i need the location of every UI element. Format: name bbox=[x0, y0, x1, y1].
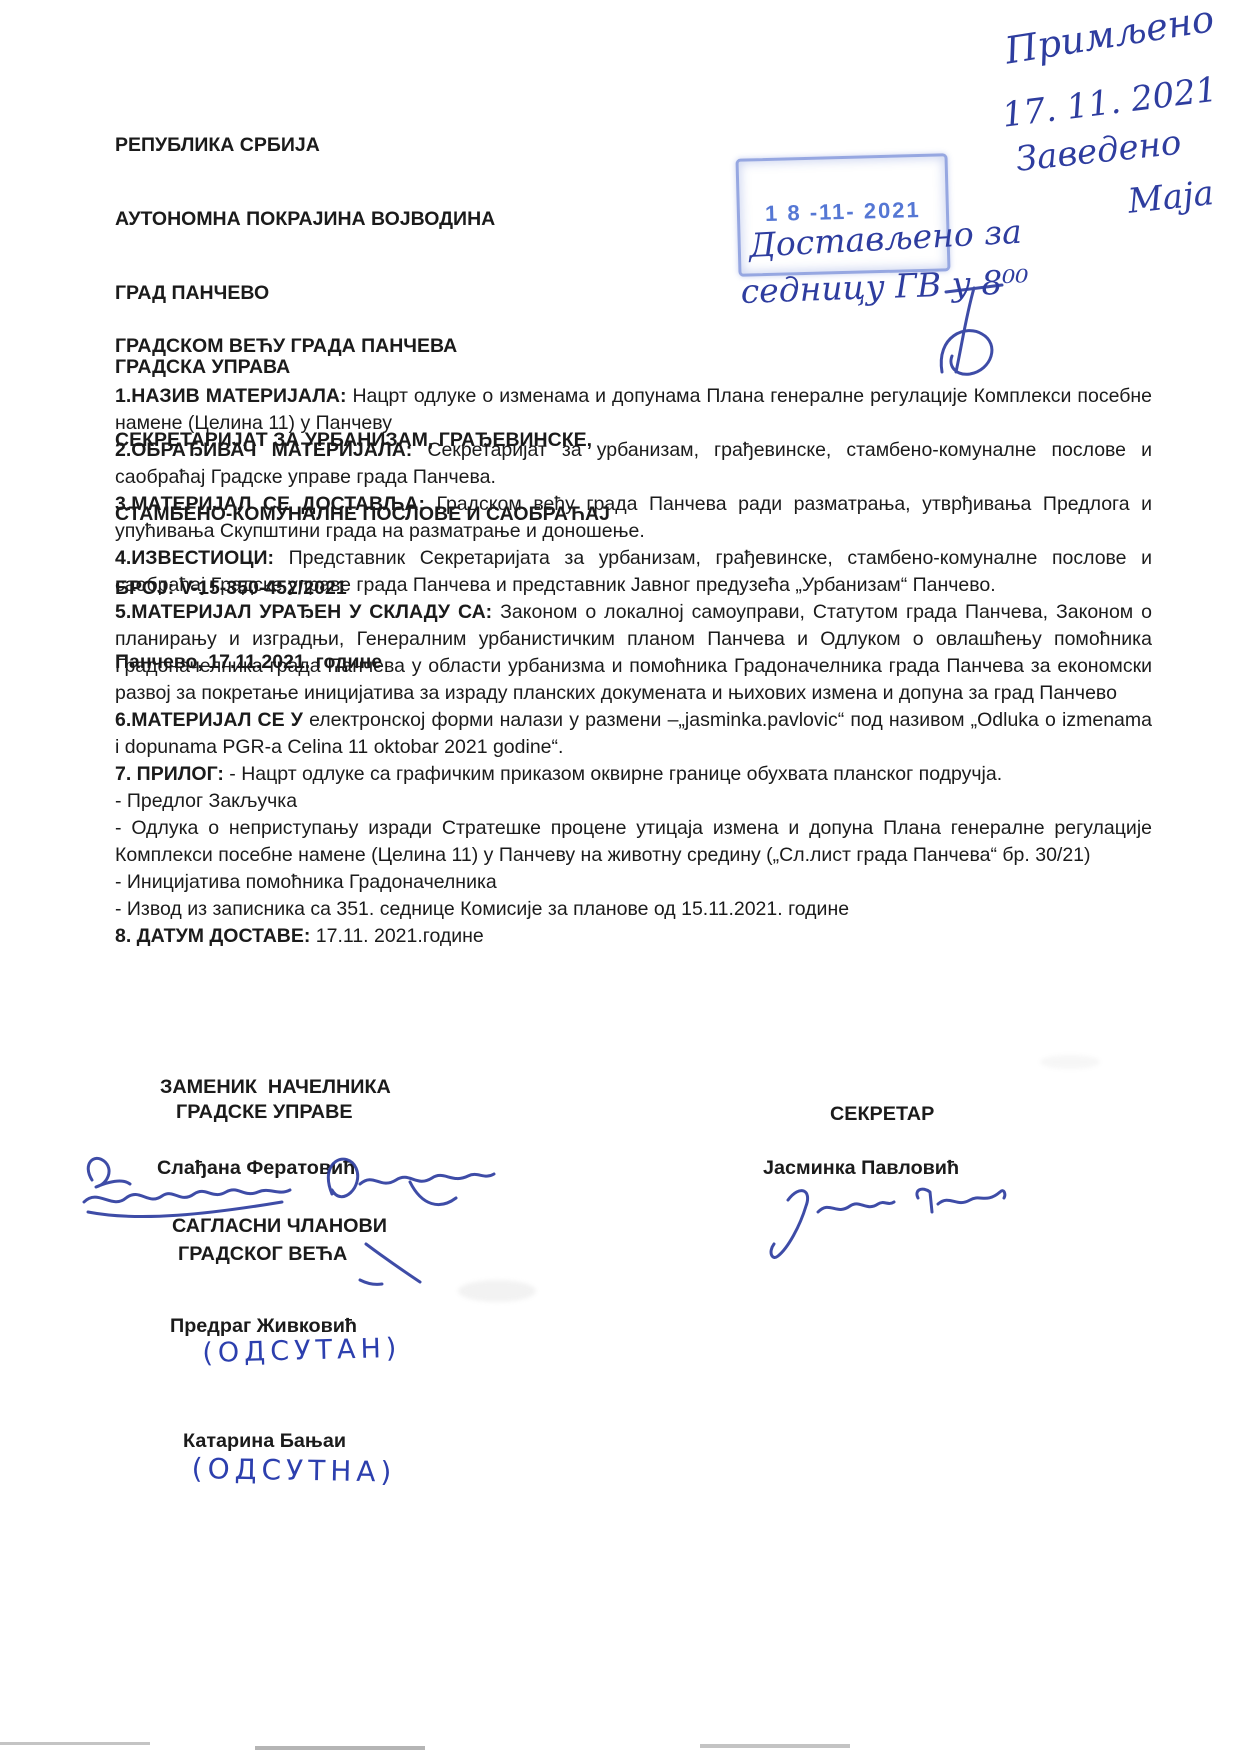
secretary-signature bbox=[758, 1182, 1008, 1262]
deputy-title-line2: ГРАДСКЕ УПРАВЕ bbox=[176, 1101, 353, 1124]
body-paragraph: - Извод из записника са 351. седнице Ком… bbox=[115, 896, 1152, 923]
member-2-absent-note: (ОДСУТНА) bbox=[191, 1452, 396, 1489]
scan-edge-artifact bbox=[700, 1744, 850, 1748]
paragraph-text: - Извод из записника са 351. седнице Ком… bbox=[115, 898, 849, 920]
paragraph-text: - Одлука о неприступању изради Стратешке… bbox=[115, 817, 1152, 866]
received-note-signature: Маја bbox=[1126, 173, 1216, 222]
letterhead-line-administration: ГРАДСКА УПРАВА bbox=[115, 355, 610, 380]
paragraph-label: 3.МАТЕРИЈАЛ СЕ ДОСТАВЉА: bbox=[115, 493, 425, 515]
document-page: РЕПУБЛИКА СРБИЈА АУТОНОМНА ПОКРАЈИНА ВОЈ… bbox=[0, 0, 1240, 1752]
body-paragraph: 4.ИЗВЕСТИОЦИ: Представник Секретаријата … bbox=[115, 545, 1152, 599]
received-note-word: Примљено bbox=[1002, 0, 1217, 72]
body-paragraph: 1.НАЗИВ МАТЕРИЈАЛА: Нацрт одлуке о измен… bbox=[115, 383, 1152, 437]
scan-smudge bbox=[458, 1280, 536, 1302]
scan-edge-artifact bbox=[255, 1746, 425, 1750]
body-paragraph: - Одлука о неприступању изради Стратешке… bbox=[115, 815, 1152, 869]
member-1-absent-note: (ОДСУТАН) bbox=[202, 1333, 402, 1369]
paragraph-label: 7. ПРИЛОГ: bbox=[115, 763, 224, 785]
body-paragraph: 5.МАТЕРИЈАЛ УРАЂЕН У СКЛАДУ СА: Законом … bbox=[115, 599, 1152, 707]
paragraph-label: 6.МАТЕРИЈАЛ СЕ У bbox=[115, 709, 303, 731]
body-text: 1.НАЗИВ МАТЕРИЈАЛА: Нацрт одлуке о измен… bbox=[115, 383, 1152, 950]
deputy-title-line1: ЗАМЕНИК НАЧЕЛНИКА bbox=[160, 1076, 391, 1099]
stamp-initials-signature bbox=[928, 278, 1014, 382]
letterhead-line-city: ГРАД ПАНЧЕВО bbox=[115, 281, 610, 306]
body-paragraph: 3.МАТЕРИЈАЛ СЕ ДОСТАВЉА: Градском већу г… bbox=[115, 491, 1152, 545]
body-paragraph: - Иницијатива помоћника Градоначелника bbox=[115, 869, 1152, 896]
paragraph-label: 4.ИЗВЕСТИОЦИ: bbox=[115, 547, 274, 569]
secretary-title: СЕКРЕТАР bbox=[830, 1103, 934, 1126]
agree-members-line1: САГЛАСНИ ЧЛАНОВИ bbox=[172, 1215, 387, 1238]
paragraph-text: - Иницијатива помоћника Градоначелника bbox=[115, 871, 497, 893]
paragraph-text: 17.11. 2021.године bbox=[310, 925, 483, 947]
scan-smudge bbox=[1040, 1055, 1100, 1069]
stray-pen-stroke bbox=[358, 1238, 430, 1290]
paragraph-label: 8. ДАТУМ ДОСТАВЕ: bbox=[115, 925, 310, 947]
letterhead-line-republic: РЕПУБЛИКА СРБИЈА bbox=[115, 133, 610, 158]
body-paragraph: 6.МАТЕРИЈАЛ СЕ У електронској форми нала… bbox=[115, 707, 1152, 761]
paragraph-label: 1.НАЗИВ МАТЕРИЈАЛА: bbox=[115, 385, 346, 407]
agree-members-line2: ГРАДСКОГ ВЕЋА bbox=[178, 1243, 347, 1266]
scan-edge-artifact bbox=[0, 1742, 150, 1745]
paragraph-label: 5.МАТЕРИЈАЛ УРАЂЕН У СКЛАДУ СА: bbox=[115, 601, 492, 623]
body-paragraph: 2.ОБРАЂИВАЧ МАТЕРИЈАЛА: Секретаријат за … bbox=[115, 437, 1152, 491]
paragraph-text: - Предлог Закључка bbox=[115, 790, 297, 812]
body-paragraph: 7. ПРИЛОГ: - Нацрт одлуке са графичким п… bbox=[115, 761, 1152, 788]
recipient-title: ГРАДСКОМ ВЕЋУ ГРАДА ПАНЧЕВА bbox=[115, 335, 457, 358]
body-paragraph: - Предлог Закључка bbox=[115, 788, 1152, 815]
received-note-date: 17. 11. 2021 bbox=[1000, 70, 1220, 136]
paragraph-label: 2.ОБРАЂИВАЧ МАТЕРИЈАЛА: bbox=[115, 439, 412, 461]
paragraph-text: - Нацрт одлуке са графичким приказом окв… bbox=[224, 763, 1002, 785]
body-paragraph: 8. ДАТУМ ДОСТАВЕ: 17.11. 2021.године bbox=[115, 923, 1152, 950]
member-2-name: Катарина Бањаи bbox=[183, 1430, 346, 1453]
secretary-name: Јасминка Павловић bbox=[763, 1157, 959, 1180]
letterhead-line-province: АУТОНОМНА ПОКРАЈИНА ВОЈВОДИНА bbox=[115, 207, 610, 232]
